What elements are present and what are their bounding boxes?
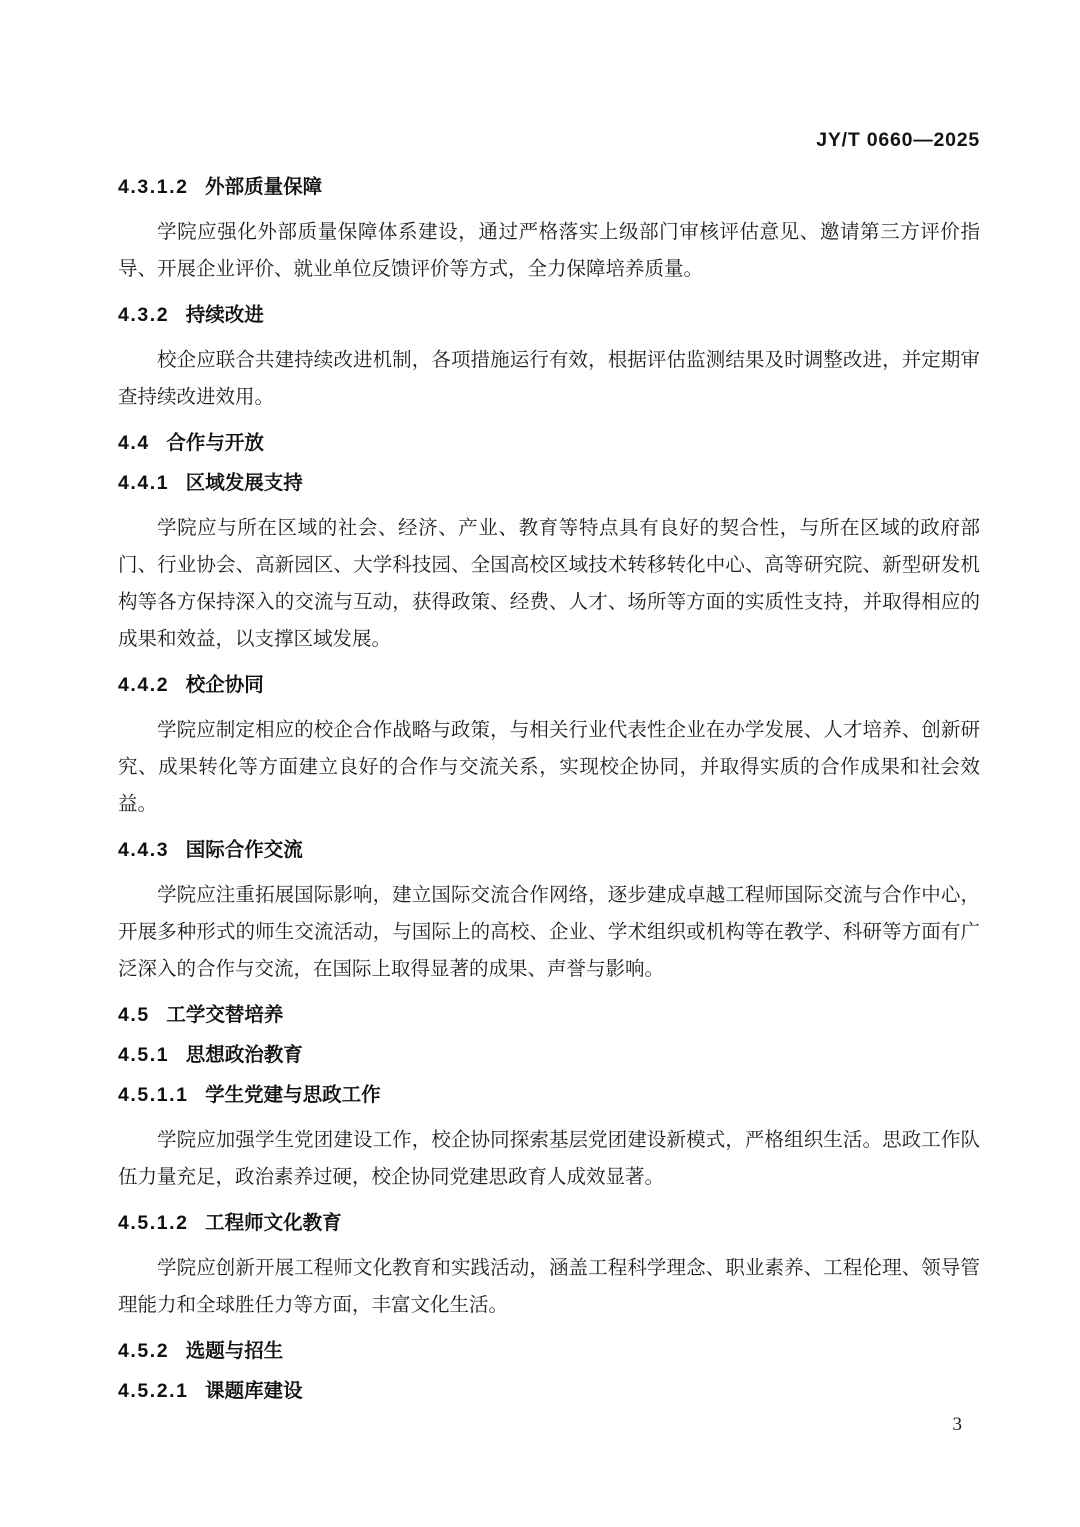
heading-4-3-2: 4.3.2持续改进 [118, 302, 980, 328]
paragraph-party-building-ideology: 学院应加强学生党团建设工作，校企协同探索基层党团建设新模式，严格组织生活。思政工… [118, 1122, 980, 1196]
heading-title: 学生党建与思政工作 [205, 1084, 381, 1106]
heading-title: 国际合作交流 [186, 839, 303, 861]
document-page: JY/T 0660—2025 4.3.1.2外部质量保障 学院应强化外部质量保障… [0, 0, 1080, 1527]
heading-number: 4.4.3 [118, 839, 169, 861]
heading-title: 思想政治教育 [186, 1044, 303, 1066]
heading-4-5-2: 4.5.2选题与招生 [118, 1338, 980, 1364]
heading-4-4: 4.4合作与开放 [118, 430, 980, 456]
paragraph-engineer-culture-education: 学院应创新开展工程师文化教育和实践活动，涵盖工程科学理念、职业素养、工程伦理、领… [118, 1250, 980, 1324]
heading-4-5-1: 4.5.1思想政治教育 [118, 1042, 980, 1068]
heading-number: 4.5.2.1 [118, 1380, 189, 1402]
heading-4-5: 4.5工学交替培养 [118, 1002, 980, 1028]
heading-4-4-2: 4.4.2校企协同 [118, 672, 980, 698]
heading-number: 4.5.2 [118, 1340, 169, 1362]
heading-title: 区域发展支持 [186, 472, 303, 494]
paragraph-external-quality-assurance: 学院应强化外部质量保障体系建设，通过严格落实上级部门审核评估意见、邀请第三方评价… [118, 214, 980, 288]
heading-title: 校企协同 [186, 674, 264, 696]
heading-4-3-1-2: 4.3.1.2外部质量保障 [118, 174, 980, 200]
heading-number: 4.5.1.1 [118, 1084, 189, 1106]
paragraph-school-enterprise-synergy: 学院应制定相应的校企合作战略与政策，与相关行业代表性企业在办学发展、人才培养、创… [118, 712, 980, 823]
heading-title: 工学交替培养 [166, 1004, 283, 1026]
standard-code: JY/T 0660—2025 [816, 129, 980, 151]
heading-title: 外部质量保障 [205, 176, 322, 198]
heading-number: 4.3.2 [118, 304, 169, 326]
paragraph-continuous-improvement: 校企应联合共建持续改进机制，各项措施运行有效，根据评估监测结果及时调整改进，并定… [118, 342, 980, 416]
heading-4-5-1-1: 4.5.1.1学生党建与思政工作 [118, 1082, 980, 1108]
heading-number: 4.5 [118, 1004, 150, 1026]
heading-title: 合作与开放 [166, 432, 264, 454]
heading-title: 选题与招生 [186, 1340, 284, 1362]
heading-title: 课题库建设 [205, 1380, 303, 1402]
heading-4-5-2-1: 4.5.2.1课题库建设 [118, 1378, 980, 1404]
heading-number: 4.4.2 [118, 674, 169, 696]
page-number: 3 [953, 1414, 963, 1436]
heading-4-4-1: 4.4.1区域发展支持 [118, 470, 980, 496]
heading-number: 4.4.1 [118, 472, 169, 494]
heading-number: 4.5.1.2 [118, 1212, 189, 1234]
heading-number: 4.5.1 [118, 1044, 169, 1066]
paragraph-international-cooperation: 学院应注重拓展国际影响，建立国际交流合作网络，逐步建成卓越工程师国际交流与合作中… [118, 877, 980, 988]
heading-title: 持续改进 [186, 304, 264, 326]
heading-4-5-1-2: 4.5.1.2工程师文化教育 [118, 1210, 980, 1236]
heading-number: 4.4 [118, 432, 150, 454]
heading-title: 工程师文化教育 [205, 1212, 342, 1234]
page-header: JY/T 0660—2025 [118, 128, 980, 152]
heading-4-4-3: 4.4.3国际合作交流 [118, 837, 980, 863]
paragraph-regional-development-support: 学院应与所在区域的社会、经济、产业、教育等特点具有良好的契合性，与所在区域的政府… [118, 510, 980, 658]
heading-number: 4.3.1.2 [118, 176, 189, 198]
